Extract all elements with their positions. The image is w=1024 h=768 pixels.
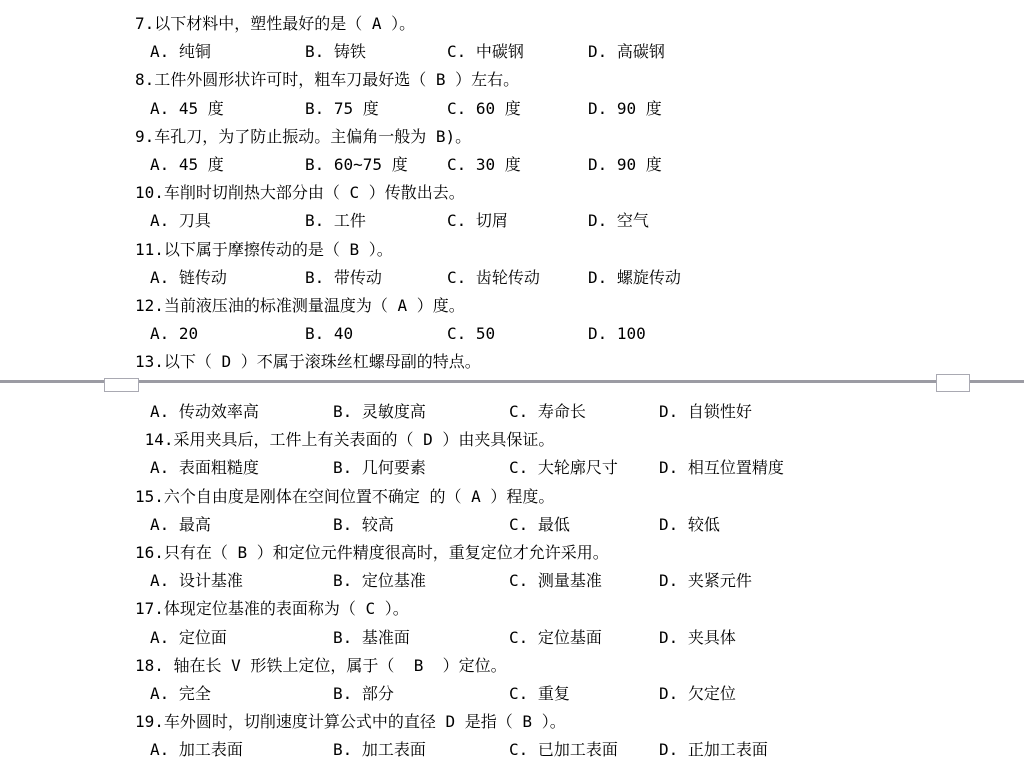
option-16-c: C. 测量基准: [509, 567, 659, 595]
question-12-options: A. 20 B. 40 C. 50 D. 100: [135, 320, 1015, 348]
option-10-d: D. 空气: [588, 207, 649, 235]
question-14-line: 14.采用夹具后，工件上有关表面的（ D ）由夹具保证。: [135, 426, 1015, 454]
option-8-b: B. 75 度: [305, 95, 447, 123]
question-9-options: A. 45 度 B. 60~75 度 C. 30 度 D. 90 度: [135, 151, 1015, 179]
option-14-b: B. 几何要素: [333, 454, 509, 482]
option-10-a: A. 刀具: [150, 207, 305, 235]
page-1-content: 7.以下材料中，塑性最好的是（ A ）。 A. 纯铜 B. 铸铁 C. 中碳钢 …: [135, 10, 1015, 376]
option-18-d: D. 欠定位: [659, 680, 736, 708]
option-17-d: D. 夹具体: [659, 624, 736, 652]
page-break-line: [0, 380, 1024, 383]
question-9-line: 9.车孔刀，为了防止振动。主偏角一般为 B)。: [135, 123, 1015, 151]
question-17-line: 17.体现定位基准的表面称为（ C ）。: [135, 595, 1015, 623]
option-12-c: C. 50: [447, 320, 588, 348]
option-13-c: C. 寿命长: [509, 398, 659, 426]
option-13-a: A. 传动效率高: [150, 398, 333, 426]
question-7-options: A. 纯铜 B. 铸铁 C. 中碳钢 D. 高碳钢: [135, 38, 1015, 66]
option-9-b: B. 60~75 度: [305, 151, 447, 179]
option-15-b: B. 较高: [333, 511, 509, 539]
question-16-line: 16.只有在（ B ）和定位元件精度很高时，重复定位才允许采用。: [135, 539, 1015, 567]
page-break-divider: [0, 376, 1024, 398]
question-19-options: A. 加工表面 B. 加工表面 C. 已加工表面 D. 正加工表面: [135, 736, 1015, 764]
option-8-c: C. 60 度: [447, 95, 588, 123]
question-7-line: 7.以下材料中，塑性最好的是（ A ）。: [135, 10, 1015, 38]
option-8-a: A. 45 度: [150, 95, 305, 123]
option-12-a: A. 20: [150, 320, 305, 348]
option-12-b: B. 40: [305, 320, 447, 348]
option-16-d: D. 夹紧元件: [659, 567, 752, 595]
option-18-b: B. 部分: [333, 680, 509, 708]
page-2-content: A. 传动效率高 B. 灵敏度高 C. 寿命长 D. 自锁性好 14.采用夹具后…: [135, 398, 1015, 764]
question-15-options: A. 最高 B. 较高 C. 最低 D. 较低: [135, 511, 1015, 539]
option-10-b: B. 工件: [305, 207, 447, 235]
option-18-a: A. 完全: [150, 680, 333, 708]
option-11-b: B. 带传动: [305, 264, 447, 292]
option-13-d: D. 自锁性好: [659, 398, 752, 426]
question-10-options: A. 刀具 B. 工件 C. 切屑 D. 空气: [135, 207, 1015, 235]
option-9-c: C. 30 度: [447, 151, 588, 179]
option-11-a: A. 链传动: [150, 264, 305, 292]
option-10-c: C. 切屑: [447, 207, 588, 235]
question-13-options: A. 传动效率高 B. 灵敏度高 C. 寿命长 D. 自锁性好: [135, 398, 1015, 426]
option-19-a: A. 加工表面: [150, 736, 333, 764]
option-19-d: D. 正加工表面: [659, 736, 768, 764]
option-11-c: C. 齿轮传动: [447, 264, 588, 292]
option-12-d: D. 100: [588, 320, 646, 348]
question-19-line: 19.车外圆时，切削速度计算公式中的直径 D 是指（ B ）。: [135, 708, 1015, 736]
page-margin-marker-left: [104, 378, 139, 392]
option-7-a: A. 纯铜: [150, 38, 305, 66]
question-18-options: A. 完全 B. 部分 C. 重复 D. 欠定位: [135, 680, 1015, 708]
question-15-line: 15.六个自由度是刚体在空间位置不确定 的（ A ）程度。: [135, 483, 1015, 511]
option-9-d: D. 90 度: [588, 151, 662, 179]
option-17-c: C. 定位基面: [509, 624, 659, 652]
option-16-a: A. 设计基准: [150, 567, 333, 595]
question-8-line: 8.工件外圆形状许可时，粗车刀最好选（ B ）左右。: [135, 66, 1015, 94]
question-11-line: 11.以下属于摩擦传动的是（ B ）。: [135, 236, 1015, 264]
question-18-line: 18. 轴在长 V 形铁上定位，属于（ B ）定位。: [135, 652, 1015, 680]
option-14-a: A. 表面粗糙度: [150, 454, 333, 482]
option-15-a: A. 最高: [150, 511, 333, 539]
option-17-a: A. 定位面: [150, 624, 333, 652]
question-13-line: 13.以下（ D ）不属于滚珠丝杠螺母副的特点。: [135, 348, 1015, 376]
option-19-b: B. 加工表面: [333, 736, 509, 764]
option-15-c: C. 最低: [509, 511, 659, 539]
question-8-options: A. 45 度 B. 75 度 C. 60 度 D. 90 度: [135, 95, 1015, 123]
option-19-c: C. 已加工表面: [509, 736, 659, 764]
question-14-options: A. 表面粗糙度 B. 几何要素 C. 大轮廓尺寸 D. 相互位置精度: [135, 454, 1015, 482]
page-margin-marker-right: [936, 374, 970, 392]
option-15-d: D. 较低: [659, 511, 720, 539]
option-7-d: D. 高碳钢: [588, 38, 665, 66]
option-17-b: B. 基准面: [333, 624, 509, 652]
option-16-b: B. 定位基准: [333, 567, 509, 595]
option-18-c: C. 重复: [509, 680, 659, 708]
option-7-b: B. 铸铁: [305, 38, 447, 66]
option-9-a: A. 45 度: [150, 151, 305, 179]
option-7-c: C. 中碳钢: [447, 38, 588, 66]
option-11-d: D. 螺旋传动: [588, 264, 681, 292]
question-16-options: A. 设计基准 B. 定位基准 C. 测量基准 D. 夹紧元件: [135, 567, 1015, 595]
option-14-d: D. 相互位置精度: [659, 454, 784, 482]
question-10-line: 10.车削时切削热大部分由（ C ）传散出去。: [135, 179, 1015, 207]
question-17-options: A. 定位面 B. 基准面 C. 定位基面 D. 夹具体: [135, 624, 1015, 652]
option-13-b: B. 灵敏度高: [333, 398, 509, 426]
question-12-line: 12.当前液压油的标准测量温度为（ A ）度。: [135, 292, 1015, 320]
option-8-d: D. 90 度: [588, 95, 662, 123]
question-11-options: A. 链传动 B. 带传动 C. 齿轮传动 D. 螺旋传动: [135, 264, 1015, 292]
option-14-c: C. 大轮廓尺寸: [509, 454, 659, 482]
